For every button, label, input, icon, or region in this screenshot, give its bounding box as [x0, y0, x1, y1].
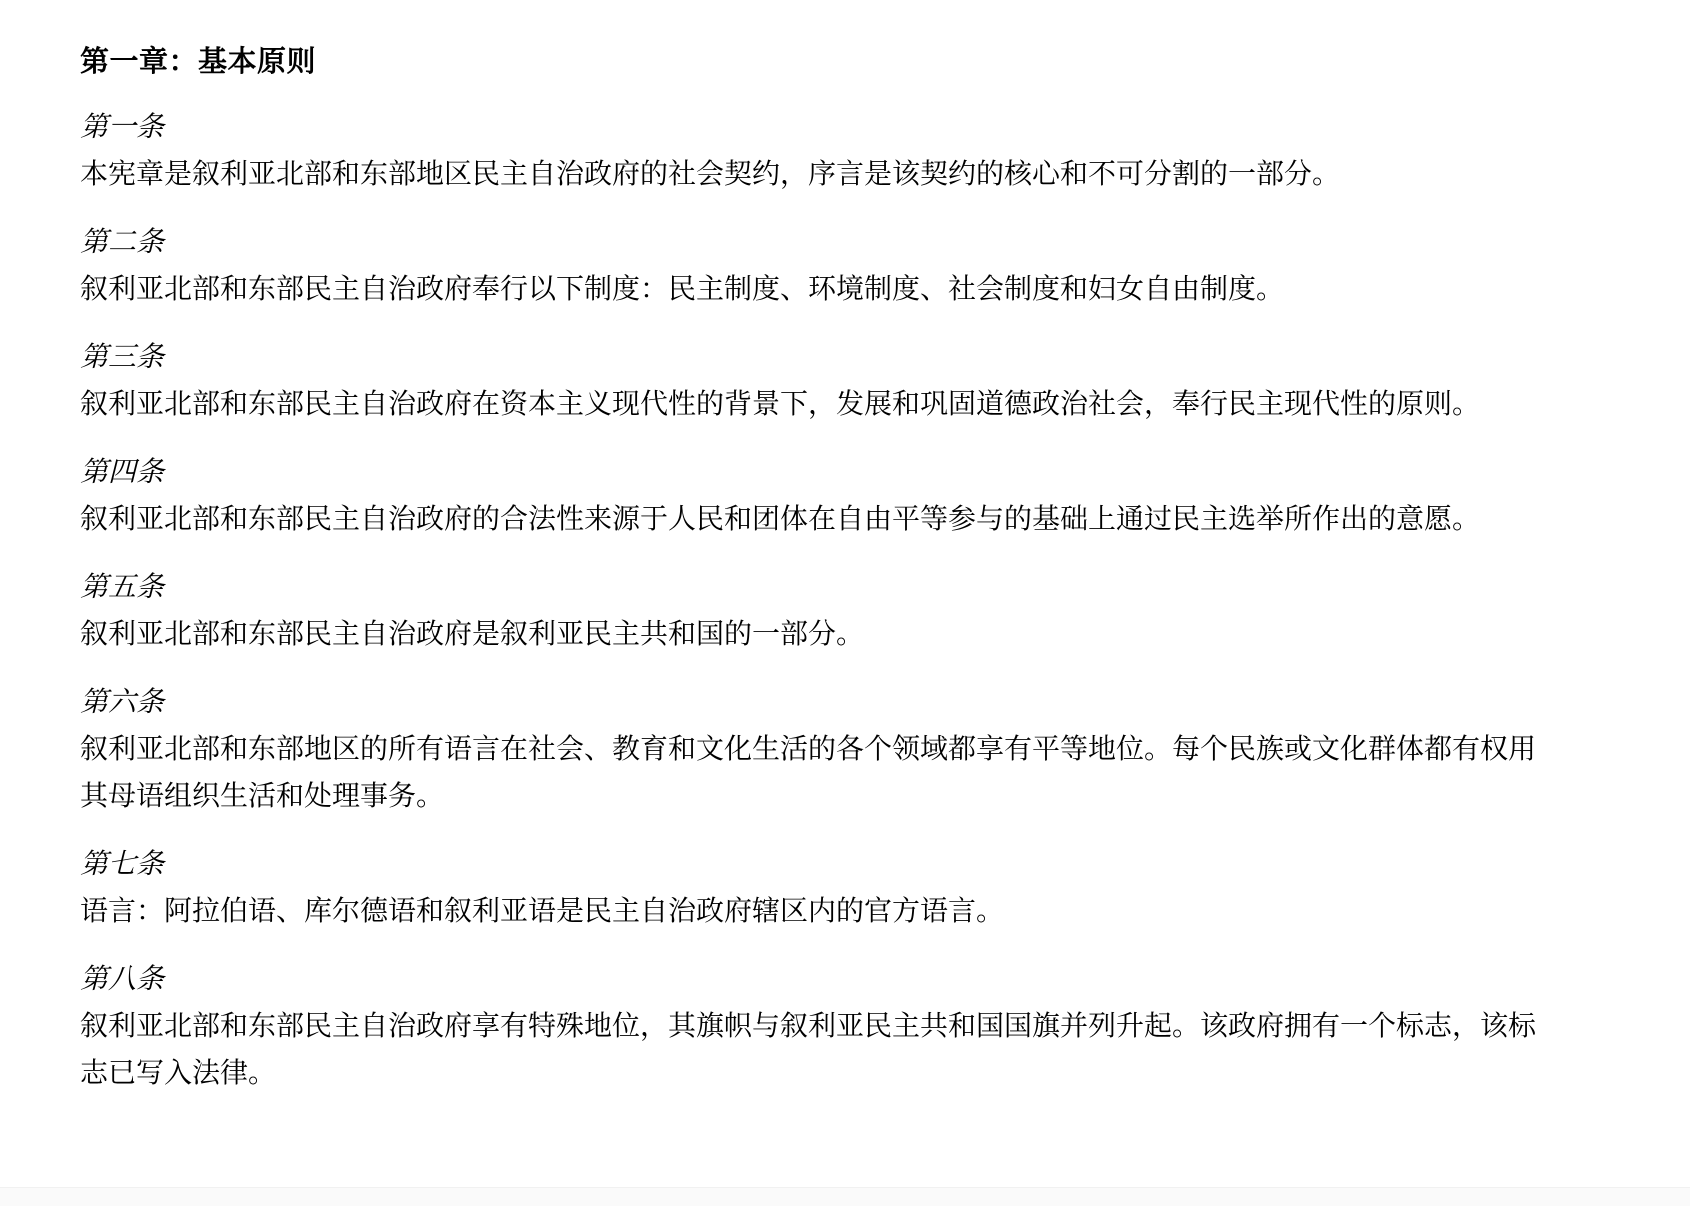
article-2: 第二条 叙利亚北部和东部民主自治政府奉行以下制度：民主制度、环境制度、社会制度和… — [80, 218, 1542, 312]
article-heading: 第七条 — [80, 840, 1542, 887]
article-4: 第四条 叙利亚北部和东部民主自治政府的合法性来源于人民和团体在自由平等参与的基础… — [80, 448, 1542, 542]
chapter-title: 第一章：基本原则 — [80, 42, 1542, 82]
article-heading: 第一条 — [80, 103, 1542, 150]
article-heading: 第六条 — [80, 678, 1542, 725]
article-body: 语言：阿拉伯语、库尔德语和叙利亚语是民主自治政府辖区内的官方语言。 — [80, 887, 1542, 934]
article-heading: 第五条 — [80, 563, 1542, 610]
article-body: 叙利亚北部和东部民主自治政府的合法性来源于人民和团体在自由平等参与的基础上通过民… — [80, 495, 1542, 542]
document-content: 第一章：基本原则 第一条 本宪章是叙利亚北部和东部地区民主自治政府的社会契约，序… — [0, 0, 1622, 1096]
article-body: 叙利亚北部和东部民主自治政府是叙利亚民主共和国的一部分。 — [80, 610, 1542, 657]
document-page: 第一章：基本原则 第一条 本宪章是叙利亚北部和东部地区民主自治政府的社会契约，序… — [0, 0, 1690, 1206]
article-6: 第六条 叙利亚北部和东部地区的所有语言在社会、教育和文化生活的各个领域都享有平等… — [80, 678, 1542, 819]
article-body: 叙利亚北部和东部民主自治政府奉行以下制度：民主制度、环境制度、社会制度和妇女自由… — [80, 265, 1542, 312]
article-body: 叙利亚北部和东部民主自治政府享有特殊地位，其旗帜与叙利亚民主共和国国旗并列升起。… — [80, 1002, 1542, 1096]
article-1: 第一条 本宪章是叙利亚北部和东部地区民主自治政府的社会契约，序言是该契约的核心和… — [80, 103, 1542, 197]
article-heading: 第八条 — [80, 955, 1542, 1002]
article-body: 本宪章是叙利亚北部和东部地区民主自治政府的社会契约，序言是该契约的核心和不可分割… — [80, 150, 1542, 197]
article-7: 第七条 语言：阿拉伯语、库尔德语和叙利亚语是民主自治政府辖区内的官方语言。 — [80, 840, 1542, 934]
article-heading: 第二条 — [80, 218, 1542, 265]
article-5: 第五条 叙利亚北部和东部民主自治政府是叙利亚民主共和国的一部分。 — [80, 563, 1542, 657]
article-body: 叙利亚北部和东部民主自治政府在资本主义现代性的背景下，发展和巩固道德政治社会，奉… — [80, 380, 1542, 427]
article-body: 叙利亚北部和东部地区的所有语言在社会、教育和文化生活的各个领域都享有平等地位。每… — [80, 725, 1542, 819]
bottom-divider-strip — [0, 1187, 1690, 1206]
article-heading: 第四条 — [80, 448, 1542, 495]
article-8: 第八条 叙利亚北部和东部民主自治政府享有特殊地位，其旗帜与叙利亚民主共和国国旗并… — [80, 955, 1542, 1096]
article-heading: 第三条 — [80, 333, 1542, 380]
article-3: 第三条 叙利亚北部和东部民主自治政府在资本主义现代性的背景下，发展和巩固道德政治… — [80, 333, 1542, 427]
